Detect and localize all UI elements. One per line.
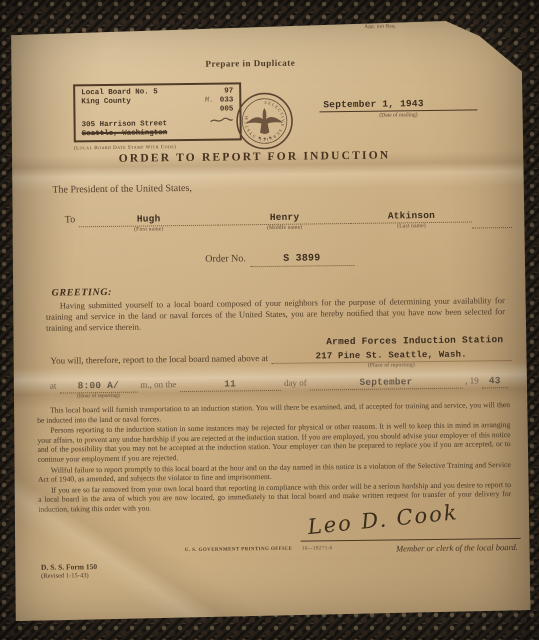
mailing-date-field: September 1, 1943 (Date of mailing)	[319, 97, 477, 119]
report-place-row: You will, therefore, report to the local…	[50, 349, 511, 373]
report-time-row: at 8:00 A/ (Hour of reporting) m., on th…	[47, 375, 508, 394]
body-text: This local board will furnish transporta…	[37, 400, 511, 515]
handwritten-mark: M.	[205, 97, 214, 106]
first-name-field: Hugh (First name)	[79, 213, 218, 234]
local-board-stamp-box: Local Board No. 5 97 King County M. 033 …	[73, 82, 242, 142]
last-name-field: Atkinson (Last name)	[351, 210, 472, 230]
signature-line	[301, 538, 521, 542]
year-value: 43	[482, 375, 508, 388]
report-sentence: You will, therefore, report to the local…	[50, 353, 268, 373]
order-number-value: S 3899	[250, 253, 354, 267]
prepare-in-duplicate-note: Prepare in Duplicate	[7, 55, 494, 71]
salutation: The President of the United States,	[52, 183, 192, 196]
gpo-imprint: U. S. GOVERNMENT PRINTING OFFICE 16—1827…	[185, 546, 333, 553]
selective-service-seal-icon: SELECTIVE SERVICE SYSTEM	[235, 92, 294, 151]
first-name-label: (First name)	[79, 226, 218, 234]
hour-value: 8:00 A/	[59, 380, 137, 394]
form-number-block: D. S. S. Form 150 (Revised 1-15-43)	[41, 563, 97, 581]
mailing-date-value: September 1, 1943	[319, 97, 477, 112]
name-fields-row: To Hugh (First name) Henry (Middle name)…	[65, 209, 512, 233]
induction-station-line: Armed Forces Induction Station	[326, 334, 503, 347]
eagle-icon	[246, 108, 284, 134]
body-paragraph-2: Persons reporting to the induction stati…	[37, 420, 510, 464]
form-number: D. S. S. Form 150	[41, 563, 97, 572]
greeting-paragraph: Having submitted yourself to a local boa…	[46, 295, 505, 334]
order-number-label: Order No.	[205, 253, 246, 264]
signature-label: Member or clerk of the local board.	[396, 542, 518, 553]
stamp-box-caption: (Local Board Date Stamp With Code)	[74, 144, 177, 151]
order-number-field: Order No. S 3899	[205, 252, 354, 268]
county-name: King County	[81, 98, 131, 108]
to-label: To	[65, 214, 76, 233]
photo-background: App. not Req. Prepare in Duplicate Local…	[0, 0, 539, 640]
place-of-reporting-field: 217 Pine St. Seattle, Wash. (Place of re…	[271, 349, 512, 370]
year-field: 43	[482, 375, 508, 388]
handwritten-scribble	[210, 116, 234, 124]
corner-note: App. not Req.	[364, 24, 396, 29]
last-name-label: (Last name)	[351, 223, 472, 230]
greeting-heading: GREETING:	[52, 287, 113, 299]
third-code: 005	[220, 105, 234, 114]
board-code: 97	[224, 87, 233, 96]
induction-order-document: App. not Req. Prepare in Duplicate Local…	[6, 19, 530, 621]
gpo-number: 16—18271-6	[302, 546, 333, 551]
day-of-label: day of	[281, 378, 310, 388]
day-value: 11	[179, 378, 281, 392]
day-field: 11	[179, 378, 281, 392]
mailing-date-label: (Date of mailing)	[319, 111, 477, 119]
middle-name-label: (Middle name)	[218, 224, 351, 232]
trailing-rule	[472, 213, 512, 228]
year-prefix: , 19	[462, 375, 482, 385]
month-value: September	[310, 376, 463, 391]
county-code: 033	[220, 96, 234, 105]
board-name: Local Board No. 5	[81, 88, 158, 98]
month-field: September	[310, 376, 463, 391]
hour-field: 8:00 A/ (Hour of reporting)	[59, 380, 137, 394]
hour-label: (Hour of reporting)	[51, 393, 145, 400]
form-revision: (Revised 1-15-43)	[41, 572, 97, 581]
board-city: Seattle, Washington	[82, 129, 168, 139]
gpo-office: U. S. GOVERNMENT PRINTING OFFICE	[185, 547, 293, 553]
middle-name-field: Henry (Middle name)	[218, 211, 351, 232]
m-on-the-label: m., on the	[137, 379, 179, 390]
at-label: at	[47, 381, 60, 391]
